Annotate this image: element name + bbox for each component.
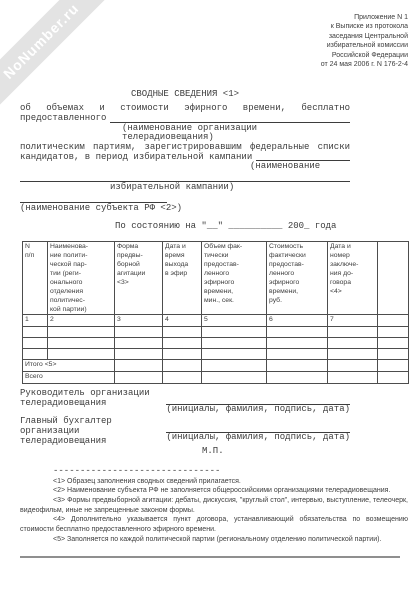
appendix-note: Приложение N 1 к Выписке из протокола за…: [20, 13, 408, 69]
blank-field-underline: [256, 153, 350, 162]
signature-underline: [166, 389, 350, 405]
table-cell: [378, 338, 409, 349]
table-cell: [163, 327, 202, 338]
footnote-separator: -------------------------------: [20, 467, 383, 477]
table-header-cell: [378, 242, 409, 315]
signature-field: (инициалы, фамилия, подпись, дата): [166, 417, 350, 446]
table-cell: [202, 327, 267, 338]
table-cell: [328, 360, 378, 372]
subtotal-row: Итого <5>: [23, 360, 409, 372]
signature-caption: (инициалы, фамилия, подпись, дата): [166, 433, 350, 443]
table-cell: [23, 349, 48, 360]
table-cell: [48, 338, 115, 349]
table-cell: 1: [23, 315, 48, 327]
table-cell: [202, 360, 267, 372]
blank-field-underline: [110, 114, 350, 123]
subtotal-label: Итого <5>: [23, 360, 115, 372]
column-number-row: 1 2 3 4 5 6 7: [23, 315, 409, 327]
grand-total-label: Всего: [23, 372, 115, 384]
table-cell: [115, 372, 163, 384]
intro-paragraph: об объемах и стоимости эфирного времени,…: [20, 104, 350, 232]
field-label: кандидатов, в период избирательной кампа…: [20, 153, 252, 163]
table-cell: [267, 338, 328, 349]
footnote-item: <2> Наименование субъекта РФ не заполняе…: [20, 486, 408, 496]
table-cell: [267, 372, 328, 384]
signature-field: (инициалы, фамилия, подпись, дата): [166, 389, 350, 415]
field-caption: (наименование субъекта РФ <2>): [20, 204, 350, 214]
table-cell: [48, 327, 115, 338]
table-cell: [115, 349, 163, 360]
table-cell: [267, 349, 328, 360]
appendix-note-line: заседания Центральной: [20, 32, 408, 41]
table-cell: [267, 360, 328, 372]
table-cell: 4: [163, 315, 202, 327]
table-header-cell: Объем фак- тически предостав- ленного эф…: [202, 242, 267, 315]
appendix-note-line: Российской Федерации: [20, 51, 408, 60]
table-cell: [163, 338, 202, 349]
signature-underline: [166, 417, 350, 433]
table-cell: [115, 338, 163, 349]
bottom-divider: [20, 556, 400, 558]
table-header-cell: Дата и время выхода в эфир: [163, 242, 202, 315]
table-cell: [23, 338, 48, 349]
table-row: [23, 349, 409, 360]
table-cell: [202, 372, 267, 384]
table-cell: [378, 349, 409, 360]
stamp-placeholder: М.П.: [20, 447, 350, 457]
table-cell: [48, 349, 115, 360]
table-cell: [115, 327, 163, 338]
footnote-item: <3> Формы предвыборной агитации: дебаты,…: [20, 496, 408, 515]
signature-caption: (инициалы, фамилия, подпись, дата): [166, 405, 350, 415]
table-cell: [328, 338, 378, 349]
signature-row: Главный бухгалтер организации телерадиов…: [20, 417, 350, 446]
as-of-date-line: По состоянию на "__" __________ 200_ год…: [20, 222, 350, 232]
table-cell: 2: [48, 315, 115, 327]
footnote-item: <5> Заполняется по каждой политической п…: [20, 535, 408, 545]
table-cell: [378, 327, 409, 338]
table-cell: [163, 360, 202, 372]
grand-total-row: Всего: [23, 372, 409, 384]
field-caption: избирательной кампании): [20, 183, 350, 193]
table-cell: 5: [202, 315, 267, 327]
field-label: предоставленного: [20, 114, 106, 124]
table-cell: [328, 372, 378, 384]
signature-row: Руководитель организации телерадиовещани…: [20, 389, 350, 415]
table-cell: [328, 349, 378, 360]
footnote-item: <1> Образец заполнения сводных сведений …: [20, 477, 408, 487]
appendix-note-line: избирательной комиссии: [20, 41, 408, 50]
table-cell: 3: [115, 315, 163, 327]
table-header-cell: Стоимость фактически предостав- ленного …: [267, 242, 328, 315]
appendix-note-line: к Выписке из протокола: [20, 22, 408, 31]
table-cell: 6: [267, 315, 328, 327]
signature-block: Руководитель организации телерадиовещани…: [20, 389, 350, 457]
table-cell: [267, 327, 328, 338]
table-header-cell: Дата и номер заключе- ния до- говора <4>: [328, 242, 378, 315]
appendix-note-line: от 24 мая 2006 г. N 176-2-4: [20, 60, 408, 69]
appendix-note-line: Приложение N 1: [20, 13, 408, 22]
table-row: [23, 338, 409, 349]
footnotes: <1> Образец заполнения сводных сведений …: [20, 477, 408, 545]
table-cell: [202, 338, 267, 349]
table-cell: 7: [328, 315, 378, 327]
table-cell: [202, 349, 267, 360]
signature-role: Главный бухгалтер организации телерадиов…: [20, 417, 166, 446]
blank-field-underline: [20, 172, 350, 182]
signature-role: Руководитель организации телерадиовещани…: [20, 389, 166, 415]
table-row: [23, 327, 409, 338]
field-caption: (наименование: [20, 162, 350, 172]
table-cell: [378, 372, 409, 384]
table-cell: [23, 327, 48, 338]
document-page: NoNumber.ru Приложение N 1 к Выписке из …: [0, 0, 420, 600]
table-header-cell: N п/п: [23, 242, 48, 315]
table-cell: [328, 327, 378, 338]
table-header-cell: Форма предвы- борной агитации <3>: [115, 242, 163, 315]
table-cell: [163, 372, 202, 384]
table-cell: [378, 360, 409, 372]
table-header-row: N п/п Наименова- ние полити- ческой пар-…: [23, 242, 409, 315]
document-content: Приложение N 1 к Выписке из протокола за…: [20, 0, 408, 558]
table-cell: [115, 360, 163, 372]
footnote-item: <4> Дополнительно указывается пункт дого…: [20, 515, 408, 534]
blank-field-underline: [20, 193, 167, 203]
summary-table: N п/п Наименова- ние полити- ческой пар-…: [22, 241, 409, 384]
table-cell: [378, 315, 409, 327]
field-caption: (наименование организации телерадиовещан…: [20, 124, 350, 143]
table-header-cell: Наименова- ние полити- ческой пар- тии (…: [48, 242, 115, 315]
page-title: СВОДНЫЕ СВЕДЕНИЯ <1>: [20, 90, 350, 100]
table-cell: [163, 349, 202, 360]
